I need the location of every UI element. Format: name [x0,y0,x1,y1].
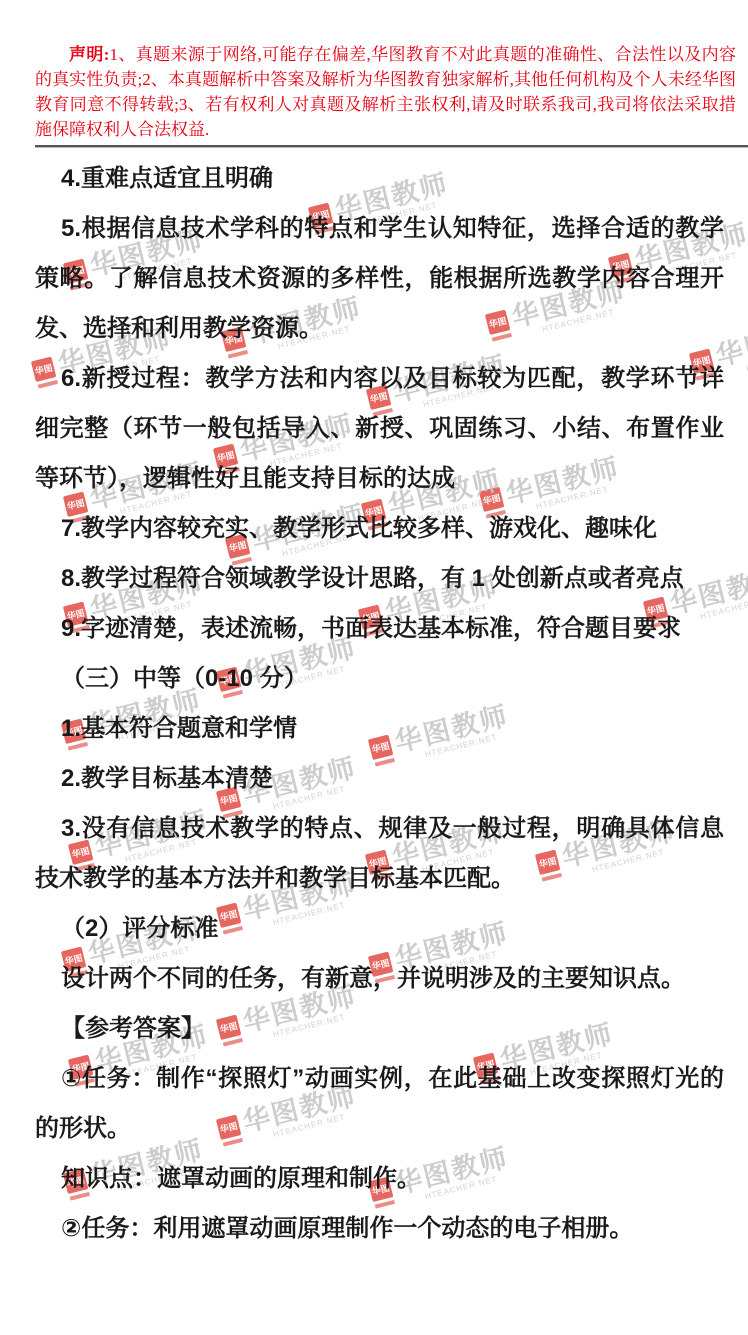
body-paragraph: 6.新授过程：教学方法和内容以及目标较为匹配，教学环节详细完整（环节一般包括导入… [35,354,724,504]
document-body: 4.重难点适宜且明确5.根据信息技术学科的特点和学生认知特征，选择合适的教学策略… [0,154,748,1254]
body-paragraph: 设计两个不同的任务，有新意，并说明涉及的主要知识点。 [35,954,724,1004]
document-page: 华图 华图教师 HTEACHER.NET 华图 华图教师 HTEACHER.NE… [0,0,748,1335]
disclaimer-label: 声明: [69,45,109,64]
body-paragraph: 8.教学过程符合领域教学设计思路，有 1 处创新点或者亮点 [35,554,724,604]
body-paragraph: 5.根据信息技术学科的特点和学生认知特征，选择合适的教学策略。了解信息技术资源的… [35,204,724,354]
body-paragraph: 2.教学目标基本清楚 [35,754,724,804]
divider-line [35,145,748,148]
body-paragraph: （三）中等（0-10 分） [35,654,724,704]
disclaimer: 声明:1、真题来源于网络,可能存在偏差,华图教育不对此真题的准确性、合法性以及内… [35,42,736,142]
body-paragraph: 9.字迹清楚，表述流畅，书面表达基本标准，符合题目要求 [35,604,724,654]
body-paragraph: ①任务：制作“探照灯”动画实例，在此基础上改变探照灯光的的形状。 [35,1054,724,1154]
body-paragraph: （2）评分标准 [35,904,724,954]
body-paragraph: 知识点：遮罩动画的原理和制作。 [35,1154,724,1204]
body-paragraph: 1.基本符合题意和学情 [35,704,724,754]
body-paragraph: 【参考答案】 [35,1004,724,1054]
document-content: 声明:1、真题来源于网络,可能存在偏差,华图教育不对此真题的准确性、合法性以及内… [0,0,748,1254]
body-paragraph: 3.没有信息技术教学的特点、规律及一般过程，明确具体信息技术教学的基本方法并和教… [35,804,724,904]
body-paragraph: 4.重难点适宜且明确 [35,154,724,204]
disclaimer-text: 1、真题来源于网络,可能存在偏差,华图教育不对此真题的准确性、合法性以及内容的真… [35,45,736,139]
body-paragraph: 7.教学内容较充实、教学形式比较多样、游戏化、趣味化 [35,504,724,554]
body-paragraph: ②任务：利用遮罩动画原理制作一个动态的电子相册。 [35,1204,724,1254]
